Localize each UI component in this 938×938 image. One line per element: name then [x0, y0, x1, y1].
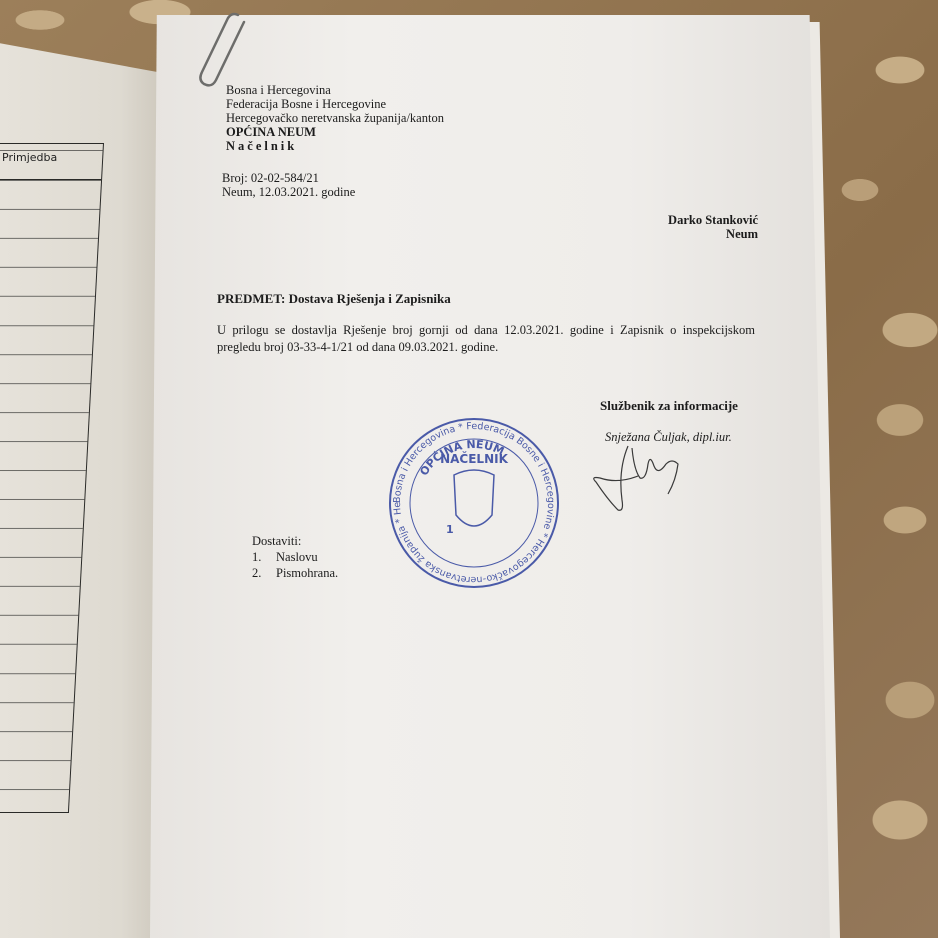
body-paragraph: U prilogu se dostavlja Rješenje broj gor… [217, 322, 755, 356]
municipality-name: OPĆINA NEUM [226, 125, 444, 139]
delivery-label: Dostaviti: [252, 533, 338, 549]
delivery-list: Dostaviti: 1.Naslovu 2.Pismohrana. [252, 533, 338, 581]
notebook-column-header: Primjedba [2, 151, 57, 164]
header-rule [0, 179, 101, 180]
recipient-city: Neum [668, 227, 758, 241]
delivery-item: 2.Pismohrana. [252, 565, 338, 581]
letterhead: Bosna i Hercegovina Federacija Bosne i H… [226, 83, 444, 153]
stamp-number: 1 [446, 523, 454, 536]
stamp-title: NAČELNIK [440, 451, 508, 466]
signatory-title: Službenik za informacije [600, 399, 738, 413]
delivery-item: 1.Naslovu [252, 549, 338, 565]
signature-mark [588, 440, 698, 520]
paperclip-icon [196, 12, 256, 92]
letterhead-line: Hercegovačko neretvanska županija/kanton [226, 111, 444, 125]
reference-number: Broj: 02-02-584/21 [222, 171, 355, 185]
letterhead-line: Federacija Bosne i Hercegovine [226, 97, 444, 111]
subject-line: PREDMET: Dostava Rješenja i Zapisnika [217, 292, 451, 306]
reference-block: Broj: 02-02-584/21 Neum, 12.03.2021. god… [222, 171, 355, 199]
recipient-name: Darko Stanković [668, 213, 758, 227]
official-stamp: Bosna i Hercegovina * Federacija Bosne i… [386, 415, 562, 591]
place-date: Neum, 12.03.2021. godine [222, 185, 355, 199]
office-name: Načelnik [226, 139, 444, 153]
recipient-block: Darko Stanković Neum [668, 213, 758, 241]
letterhead-line: Bosna i Hercegovina [226, 83, 444, 97]
